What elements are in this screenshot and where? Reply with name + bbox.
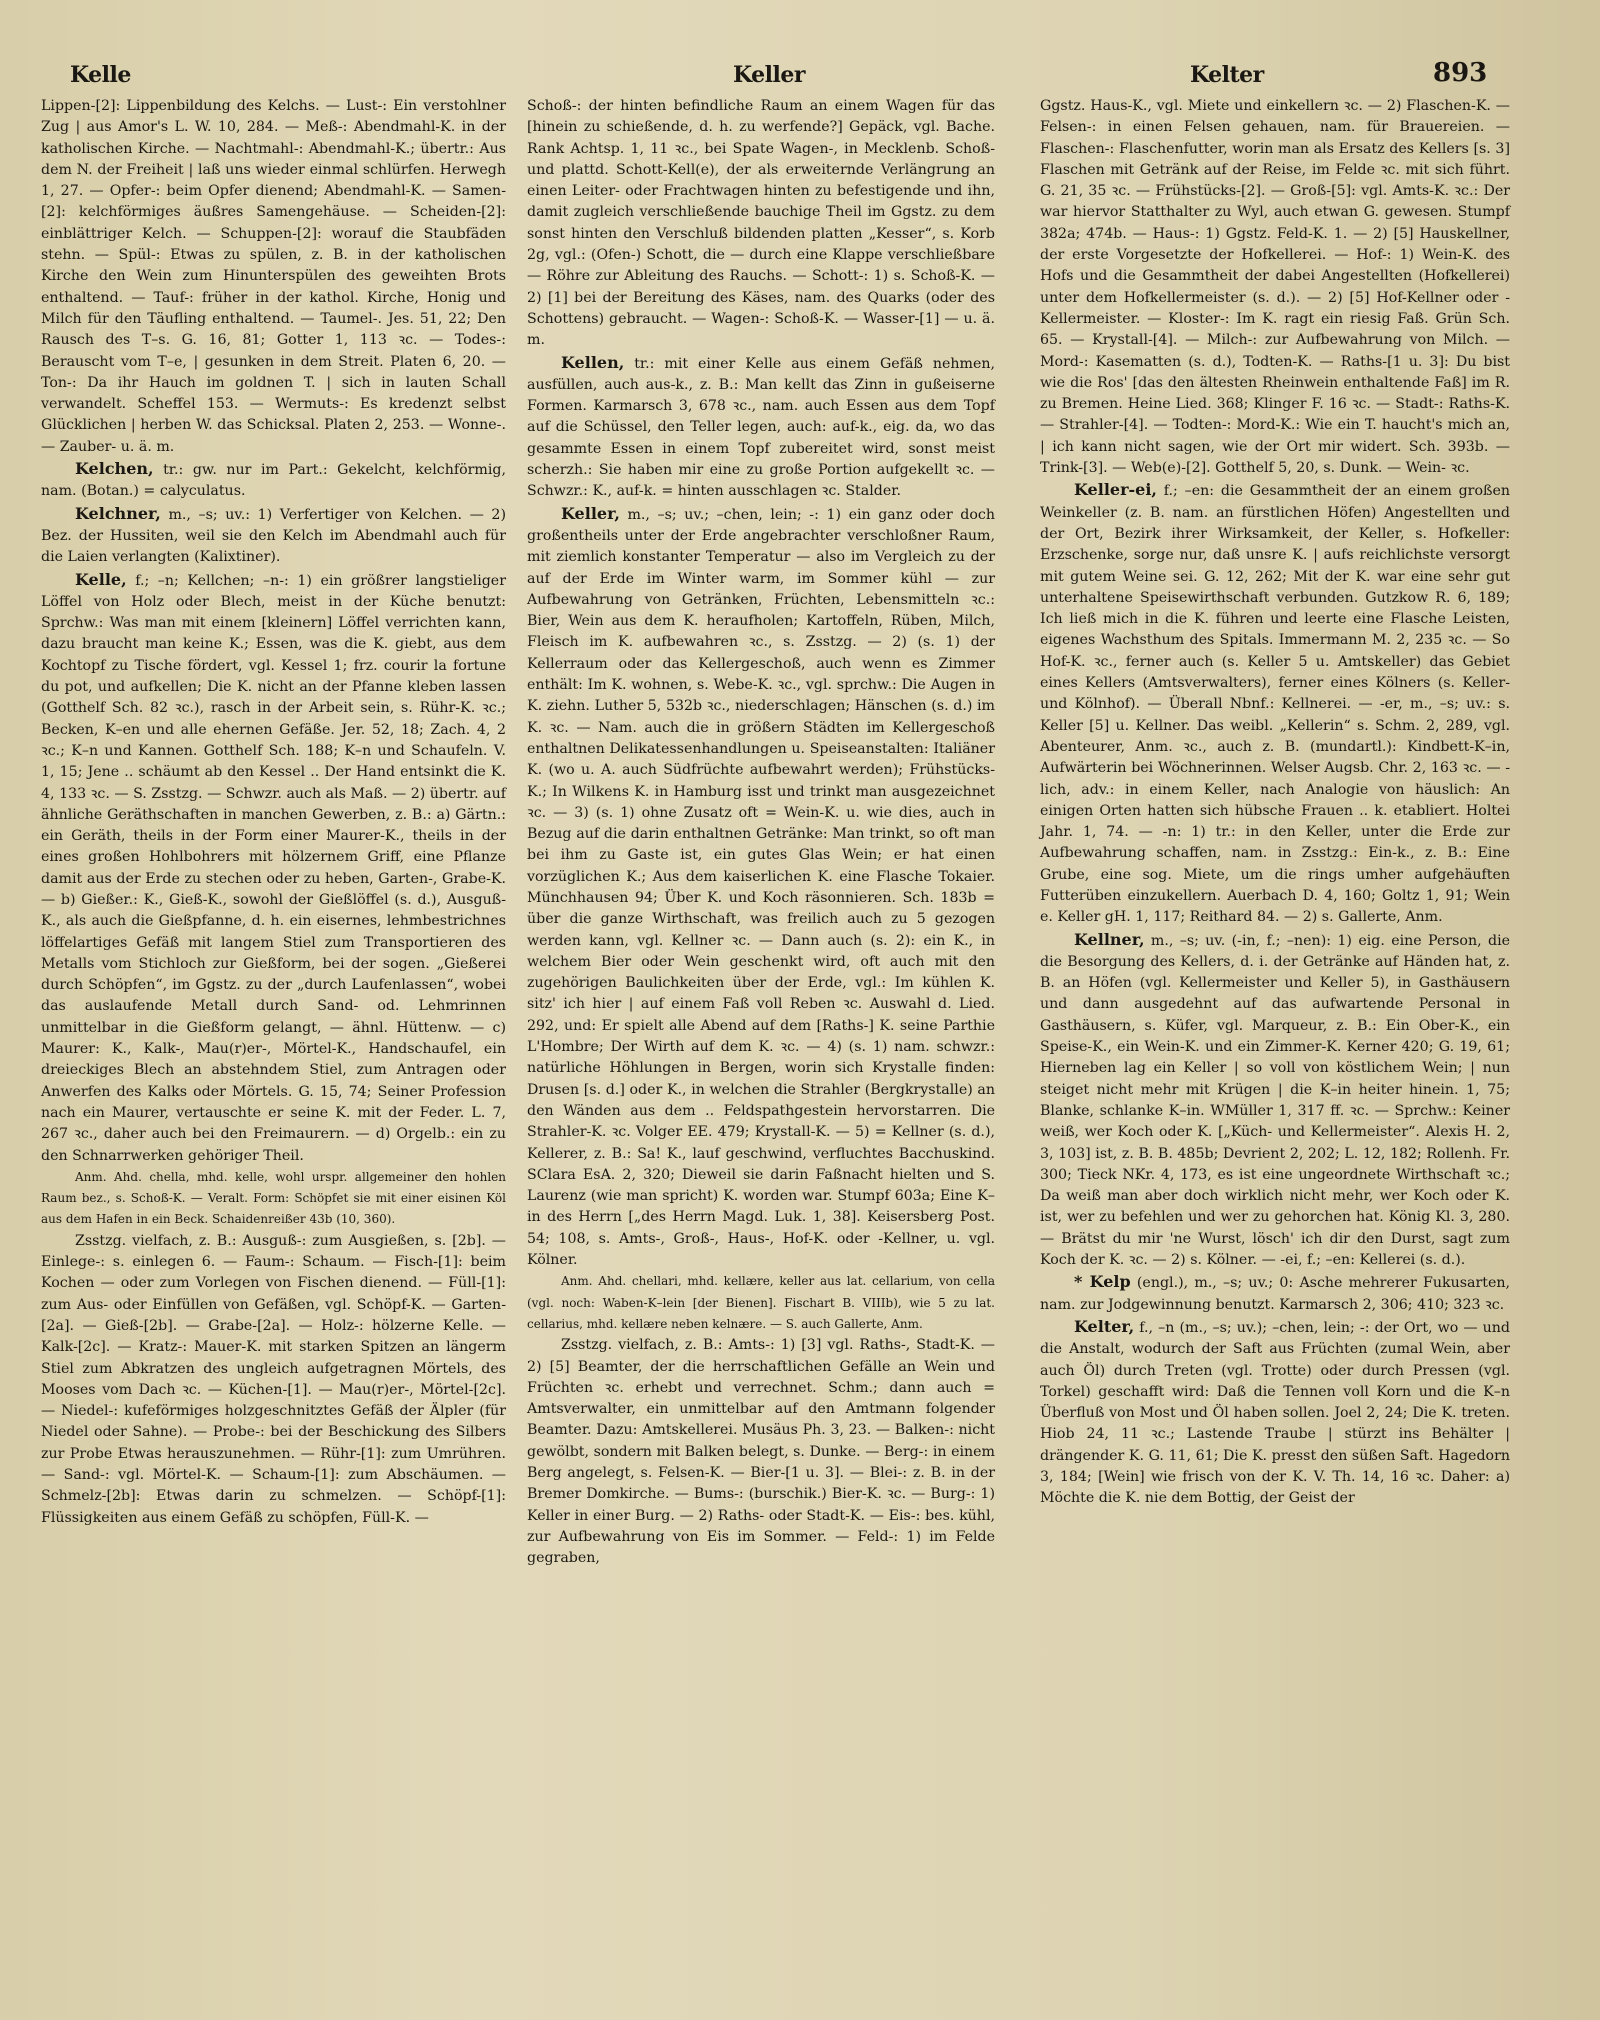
entry-text: Zsstzg. vielfach, z. B.: Amts-: 1) [3] v… [527,1337,995,1566]
paragraph: Schoß-: der hinten befindliche Raum an e… [527,96,995,352]
left-running-headword: Kelle [70,62,131,88]
right-running-headword: Kelter [1190,62,1264,88]
dictionary-entry: Kelchner, m., –s; uv.: 1) Verfertiger vo… [41,503,506,569]
page-header: Kelle Keller Kelter 893 [0,56,1600,96]
dictionary-entry: Kelchen, tr.: gw. nur im Part.: Gekelcht… [41,458,506,503]
middle-running-headword: Keller [733,62,805,88]
entry-text: Zsstzg. vielfach, z. B.: Ausguß-: zum Au… [41,1233,506,1526]
entry-text: Anm. Ahd. chella, mhd. kelle, wohl urspr… [41,1170,506,1227]
dictionary-entry: Kellner, m., –s; uv. (-in, f.; –nen): 1)… [1040,929,1510,1272]
compounds-paragraph: Zsstzg. vielfach, z. B.: Amts-: 1) [3] v… [527,1335,995,1569]
column-3: Ggstz. Haus-K., vgl. Miete und einkeller… [1040,96,1510,1510]
entry-lemma: Keller-ei, [1074,480,1157,499]
page-number: 893 [1433,58,1487,88]
column-1: Lippen-[2]: Lippenbildung des Kelchs. — … [41,96,506,1529]
entry-lemma: * Kelp [1074,1272,1131,1291]
dictionary-entry: Kelter, f., –n (m., –s; uv.); –chen, lei… [1040,1316,1510,1510]
column-2: Schoß-: der hinten befindliche Raum an e… [527,96,995,1569]
entry-text: Anm. Ahd. chellari, mhd. kellære, keller… [527,1274,995,1331]
entry-text: f.; –en: die Gesammtheit der an einem gr… [1040,483,1510,925]
entry-lemma: Kellen, [561,353,624,372]
entry-text: m., –s; uv.; –chen, lein; -: 1) ein ganz… [527,507,995,1268]
entry-text: tr.: mit einer Kelle aus einem Gefäß neh… [527,356,995,500]
entry-text: f., –n (m., –s; uv.); –chen, lein; -: de… [1040,1320,1510,1506]
paragraph: Lippen-[2]: Lippenbildung des Kelchs. — … [41,96,506,458]
entry-lemma: Kelchner, [75,504,161,523]
entry-lemma: Kellner, [1074,930,1145,949]
etymology-note: Anm. Ahd. chellari, mhd. kellære, keller… [527,1271,995,1335]
entry-lemma: Kelle, [75,570,127,589]
entry-text: f.; –n; Kellchen; –n-: 1) ein größrer la… [41,573,506,1164]
entry-lemma: Kelchen, [75,459,154,478]
paragraph-text: Lippen-[2]: Lippenbildung des Kelchs. — … [41,98,506,455]
entry-lemma: Keller, [561,504,620,523]
paragraph-text: Ggstz. Haus-K., vgl. Miete und einkeller… [1040,98,1510,476]
paragraph: Ggstz. Haus-K., vgl. Miete und einkeller… [1040,96,1510,479]
dictionary-entry: Keller-ei, f.; –en: die Gesammtheit der … [1040,479,1510,928]
entry-lemma: Kelter, [1074,1317,1134,1336]
compounds-paragraph: Zsstzg. vielfach, z. B.: Ausguß-: zum Au… [41,1231,506,1529]
dictionary-entry: * Kelp (engl.), m., –s; uv.; 0: Asche me… [1040,1271,1510,1316]
etymology-note: Anm. Ahd. chella, mhd. kelle, wohl urspr… [41,1167,506,1231]
dictionary-entry: Keller, m., –s; uv.; –chen, lein; -: 1) … [527,503,995,1272]
dictionary-entry: Kellen, tr.: mit einer Kelle aus einem G… [527,352,995,503]
dictionary-entry: Kelle, f.; –n; Kellchen; –n-: 1) ein grö… [41,569,506,1167]
paragraph-text: Schoß-: der hinten befindliche Raum an e… [527,98,995,348]
entry-text: m., –s; uv. (-in, f.; –nen): 1) eig. ein… [1040,933,1510,1268]
